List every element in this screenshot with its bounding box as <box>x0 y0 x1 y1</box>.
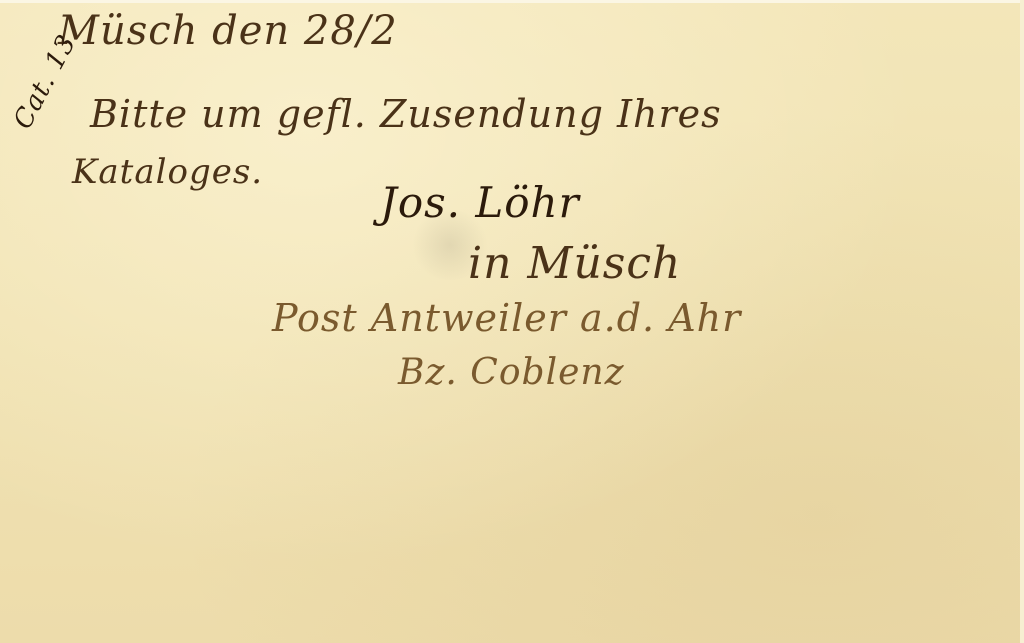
margin-note: Cat. 13 <box>8 30 83 135</box>
message-line-2: Kataloges. <box>72 152 263 192</box>
paper-edge-right <box>1020 0 1024 643</box>
place-date-line: Müsch den 28/2 <box>58 8 398 54</box>
sender-address-line-2: Post Antweiler a.d. Ahr <box>272 296 741 340</box>
sender-address-line-1: in Müsch <box>468 238 681 289</box>
postcard-back: Müsch den 28/2 Cat. 13 Bitte um gefl. Zu… <box>0 0 1024 643</box>
sender-address-line-3: Bz. Coblenz <box>398 352 625 393</box>
message-line-1: Bitte um gefl. Zusendung Ihres <box>90 92 722 136</box>
paper-edge-top <box>0 0 1024 3</box>
sender-name: Jos. Löhr <box>380 178 580 227</box>
